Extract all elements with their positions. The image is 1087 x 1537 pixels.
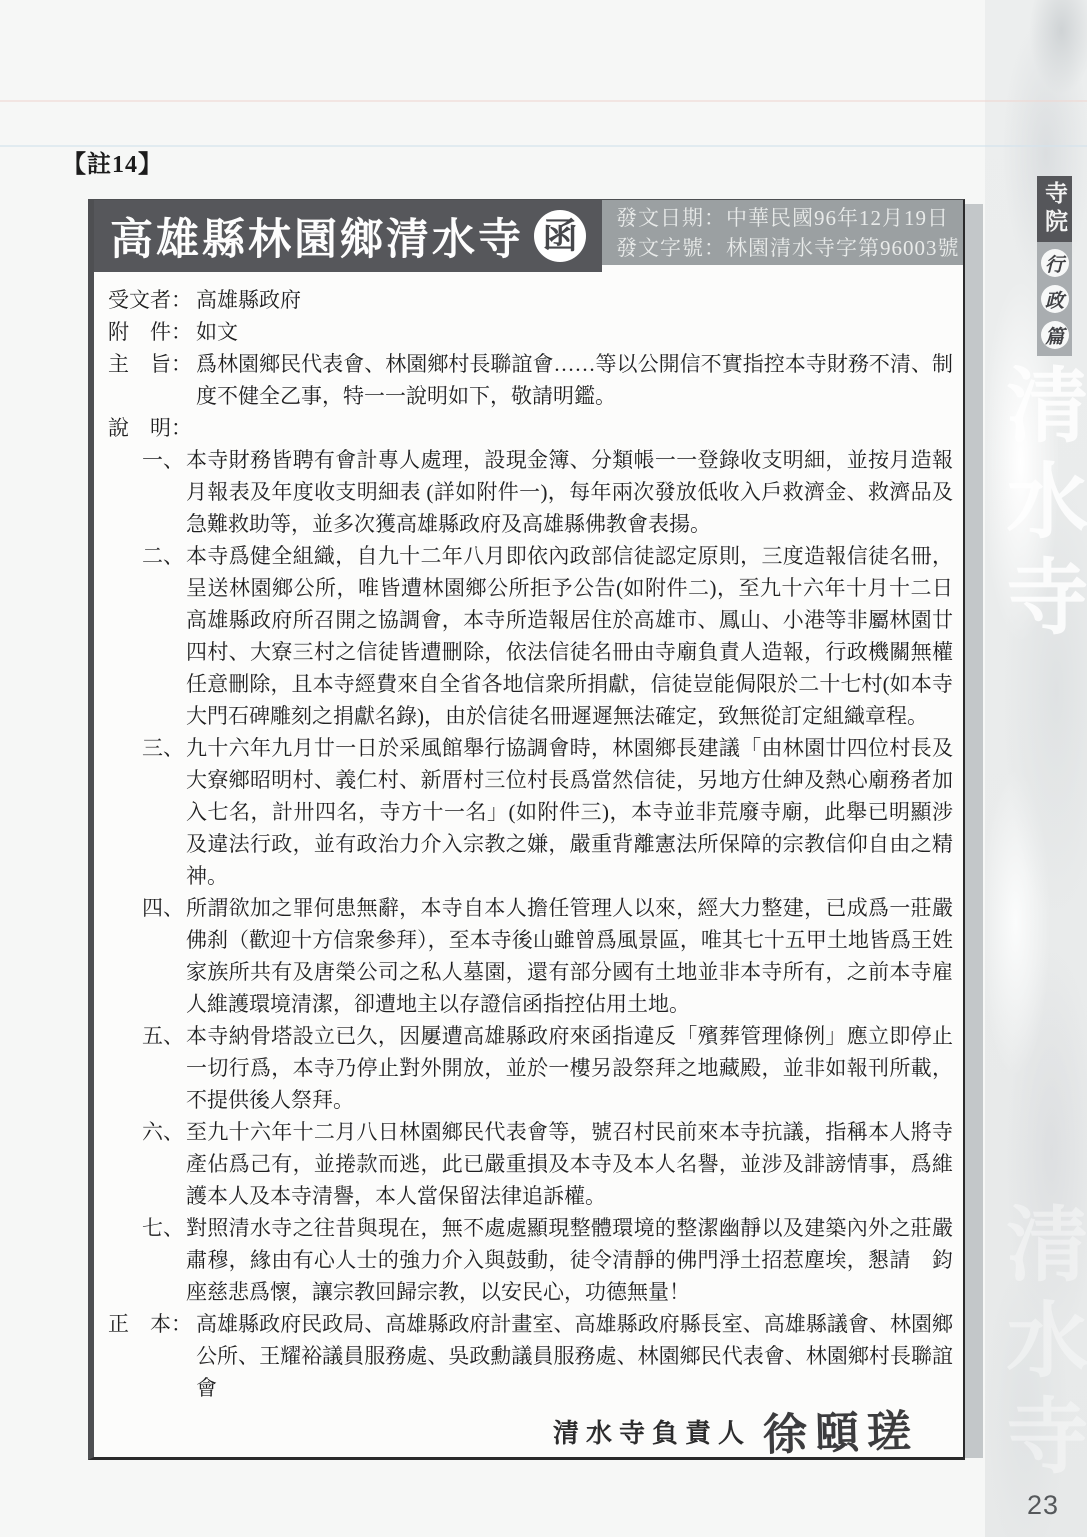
attachment-value: 如文: [196, 316, 953, 348]
doc-type-seal-character: 函: [542, 219, 577, 254]
signature-row: 清水寺負責人 徐頤瑳: [108, 1412, 953, 1456]
subject-value: 爲林園鄉民代表會、林園鄉村長聯誼會……等以公開信不實指控本寺財務不清、制度不健全…: [196, 348, 953, 412]
meta-date-row: 發文日期：中華民國96年12月19日: [616, 203, 959, 233]
scanned-book-page: 清水寺 清水寺 【註14】 高雄縣林園鄉清水寺 函 發文日期：中華民國96年12…: [0, 0, 1087, 1537]
meta-number-row: 發文字號：林園清水寺字第96003號: [616, 233, 959, 263]
meta-date-label: 發文日期：: [616, 206, 726, 230]
explanation-label: 說 明：: [108, 412, 196, 444]
item-number: 二、: [142, 540, 186, 732]
note-label: 【註14】: [62, 144, 163, 179]
official-letter: 高雄縣林園鄉清水寺 函 發文日期：中華民國96年12月19日 發文字號：林園清水…: [88, 199, 965, 1460]
field-row-subject: 主 旨： 爲林園鄉民代表會、林園鄉村長聯誼會……等以公開信不實指控本寺財務不清、…: [108, 348, 953, 412]
item-row-6: 六、 至九十六年十二月八日林園鄉民代表會等，號召村民前來本寺抗議，指稱本人將寺產…: [142, 1116, 953, 1212]
tab-section-char-3: 篇: [1041, 321, 1069, 349]
item-text: 本寺爲健全組織，自九十二年八月即依內政部信徒認定原則，三度造報信徒名冊，呈送林園…: [186, 540, 953, 732]
item-number: 六、: [142, 1116, 186, 1212]
copy-to-value: 高雄縣政府民政局、高雄縣政府計畫室、高雄縣政府縣長室、高雄縣議會、林園鄉公所、王…: [196, 1308, 953, 1404]
item-text: 本寺財務皆聘有會計專人處理，設現金簿、分類帳一一登錄收支明細，並按月造報月報表及…: [186, 444, 953, 540]
recipient-label: 受文者：: [108, 284, 196, 316]
letter-title-bar: 高雄縣林園鄉清水寺 函: [94, 200, 602, 272]
copy-to-label: 正 本：: [108, 1308, 196, 1404]
signature-handwritten-name: 徐頤瑳: [762, 1410, 919, 1458]
page-edge-shadow: [965, 204, 983, 1458]
doc-type-seal: 函: [534, 210, 586, 262]
page-number: 23: [1027, 1490, 1059, 1521]
meta-number-label: 發文字號：: [616, 236, 726, 260]
letter-header: 高雄縣林園鄉清水寺 函 發文日期：中華民國96年12月19日 發文字號：林園清水…: [94, 200, 963, 272]
letter-body: 受文者： 高雄縣政府 附 件： 如文 主 旨： 爲林園鄉民代表會、林園鄉村長聯誼…: [94, 272, 963, 1456]
letter-meta-box: 發文日期：中華民國96年12月19日 發文字號：林園清水寺字第96003號: [602, 200, 963, 265]
scan-artifact-line-blue: [0, 145, 1087, 147]
field-row-explanation: 說 明：: [108, 412, 953, 444]
tab-section-char-1: 行: [1041, 249, 1069, 277]
item-row-3: 三、 九十六年九月廿一日於采風館舉行協調會時，林園鄉長建議「由林園廿四位村長及大…: [142, 732, 953, 892]
item-row-2: 二、 本寺爲健全組織，自九十二年八月即依內政部信徒認定原則，三度造報信徒名冊，呈…: [142, 540, 953, 732]
letter-title: 高雄縣林園鄉清水寺: [110, 206, 524, 267]
scan-artifact-line-red: [0, 100, 1087, 102]
item-number: 三、: [142, 732, 186, 892]
item-text: 本寺納骨塔設立已久，因屢遭高雄縣政府來函指違反「殯葬管理條例」應立即停止一切行爲…: [186, 1020, 953, 1116]
item-text: 九十六年九月廿一日於采風館舉行協調會時，林園鄉長建議「由林園廿四位村長及大寮鄉昭…: [186, 732, 953, 892]
item-number: 五、: [142, 1020, 186, 1116]
item-text: 至九十六年十二月八日林園鄉民代表會等，號召村民前來本寺抗議，指稱本人將寺產佔爲己…: [186, 1116, 953, 1212]
tab-section-char-2: 政: [1041, 285, 1069, 313]
item-text: 所謂欲加之罪何患無辭，本寺自本人擔任管理人以來，經大力整建，已成爲一莊嚴佛刹（歡…: [186, 892, 953, 1020]
side-tab: 寺院 行 政 篇: [1037, 176, 1072, 356]
meta-number-value: 林園清水寺字第96003號: [726, 236, 960, 260]
item-number: 七、: [142, 1212, 186, 1308]
item-row-1: 一、 本寺財務皆聘有會計專人處理，設現金簿、分類帳一一登錄收支明細，並按月造報月…: [142, 444, 953, 540]
field-row-copy-to: 正 本： 高雄縣政府民政局、高雄縣政府計畫室、高雄縣政府縣長室、高雄縣議會、林園…: [108, 1308, 953, 1404]
tab-category: 寺院: [1037, 176, 1072, 242]
recipient-value: 高雄縣政府: [196, 284, 953, 316]
field-row-recipient: 受文者： 高雄縣政府: [108, 284, 953, 316]
item-number: 一、: [142, 444, 186, 540]
item-row-5: 五、 本寺納骨塔設立已久，因屢遭高雄縣政府來函指違反「殯葬管理條例」應立即停止一…: [142, 1020, 953, 1116]
tab-section: 行 政 篇: [1037, 242, 1072, 356]
item-text: 對照清水寺之往昔與現在，無不處處顯現整體環境的整潔幽靜以及建築內外之莊嚴肅穆，緣…: [186, 1212, 953, 1308]
item-row-7: 七、 對照清水寺之往昔與現在，無不處處顯現整體環境的整潔幽靜以及建築內外之莊嚴肅…: [142, 1212, 953, 1308]
meta-date-value: 中華民國96年12月19日: [726, 206, 949, 230]
explanation-items-list: 一、 本寺財務皆聘有會計專人處理，設現金簿、分類帳一一登錄收支明細，並按月造報月…: [142, 444, 953, 1308]
subject-label: 主 旨：: [108, 348, 196, 412]
item-number: 四、: [142, 892, 186, 1020]
item-row-4: 四、 所謂欲加之罪何患無辭，本寺自本人擔任管理人以來，經大力整建，已成爲一莊嚴佛…: [142, 892, 953, 1020]
attachment-label: 附 件：: [108, 316, 196, 348]
field-row-attachment: 附 件： 如文: [108, 316, 953, 348]
signature-title: 清水寺負責人: [553, 1418, 751, 1450]
